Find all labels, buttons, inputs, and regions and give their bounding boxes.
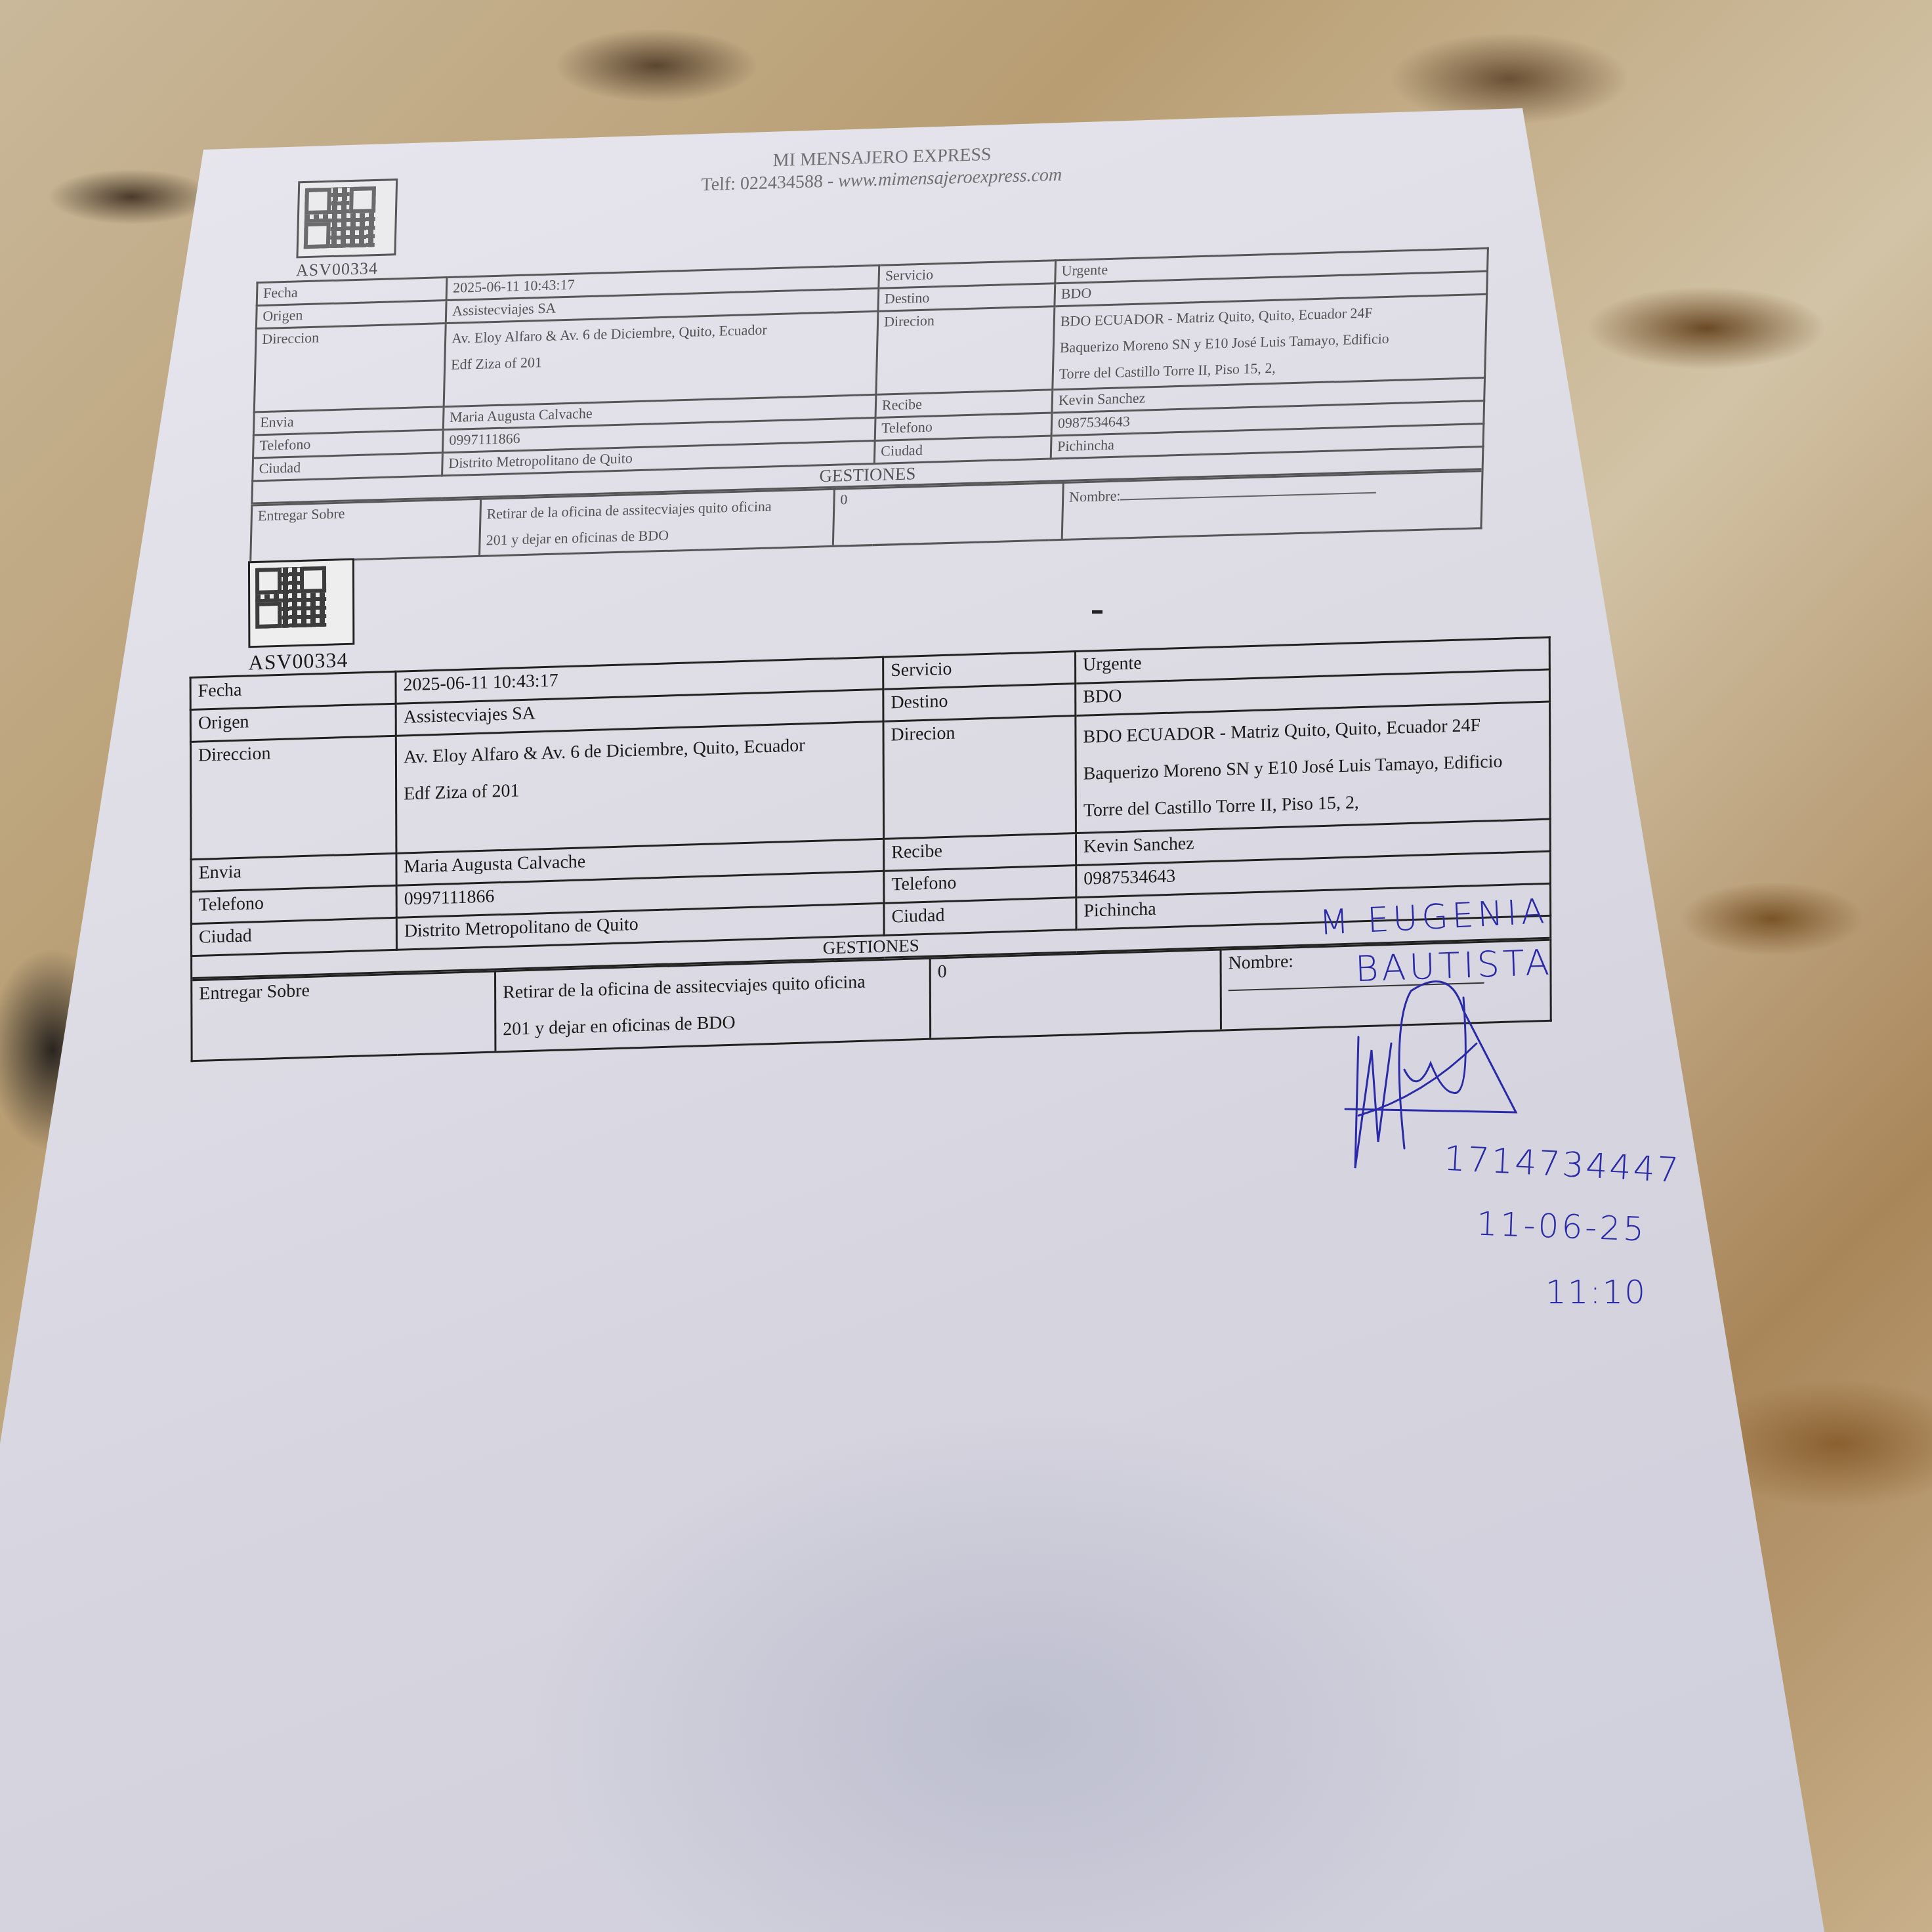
phone-shadow <box>525 1411 1509 1932</box>
qr-code-icon <box>304 186 376 249</box>
direccion-value: Av. Eloy Alfaro & Av. 6 de Diciembre, Qu… <box>396 721 883 853</box>
direccion-value: Av. Eloy Alfaro & Av. 6 de Diciembre, Qu… <box>444 311 878 407</box>
delivery-slip-top-copy: MI MENSAJERO EXPRESS Telf: 022434588 - w… <box>249 129 1505 564</box>
direccion-label: Direccion <box>190 736 396 859</box>
shipment-table: Fecha 2025-06-11 10:43:17 Servicio Urgen… <box>249 247 1489 564</box>
qr-code-icon <box>255 566 326 629</box>
direcion-value: BDO ECUADOR - Matriz Quito, Quito, Ecuad… <box>1053 294 1487 390</box>
gestion-valor: 0 <box>833 482 1063 545</box>
nombre-blank-line <box>1120 476 1376 501</box>
direcion-label: Direcion <box>876 306 1055 395</box>
gestion-tipo: Entregar Sobre <box>192 971 495 1060</box>
recipient-ciudad-label: Ciudad <box>884 898 1076 936</box>
recipient-telefono-label: Telefono <box>884 866 1076 904</box>
qr-frame <box>296 178 398 258</box>
servicio-label: Servicio <box>883 651 1076 689</box>
destino-label: Destino <box>883 684 1076 722</box>
gestion-tipo: Entregar Sobre <box>251 499 480 561</box>
handwritten-time: 11:10 <box>1545 1273 1647 1311</box>
direcion-label: Direcion <box>883 716 1076 839</box>
qr-frame <box>248 558 354 648</box>
gestion-valor: 0 <box>930 950 1221 1038</box>
recibe-label: Recibe <box>884 833 1076 871</box>
direccion-label: Direccion <box>254 324 446 412</box>
handwritten-date: 11-06-25 <box>1476 1204 1647 1248</box>
direcion-value: BDO ECUADOR - Matriz Quito, Quito, Ecuad… <box>1076 702 1550 833</box>
gestion-descripcion: Retirar de la oficina de assitecviajes q… <box>495 958 931 1051</box>
